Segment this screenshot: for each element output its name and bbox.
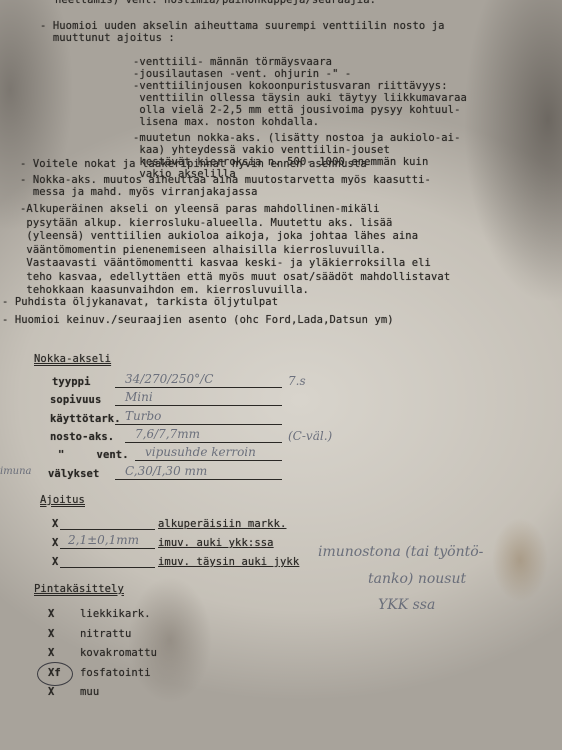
paragraph-line: Vastaavasti vääntömomentti kasvaa keski-… — [20, 257, 431, 270]
bullet-oil: - Puhdista öljykanavat, tarkista öljytul… — [2, 296, 278, 309]
circle-mark — [37, 662, 73, 686]
field-label: sopivuus — [50, 394, 101, 407]
note-line: YKK ssa — [378, 598, 435, 612]
paragraph-line: vääntömomentin pienenemiseen alhaisilla … — [20, 244, 386, 257]
field-underline — [115, 424, 282, 425]
field-value: C,30/I,30 mm — [125, 464, 207, 478]
field-value: 7,6/7,7mm — [135, 427, 200, 441]
field-value: Turbo — [125, 409, 161, 423]
paragraph-line: (yleensä) venttiilien aukioloa aikoja, j… — [20, 230, 418, 243]
timing-mark: X — [52, 537, 58, 550]
timing-label: imuv. auki ykk:ssa — [158, 537, 274, 550]
field-value: 34/270/250°/C — [125, 372, 213, 386]
field-underline — [115, 479, 282, 480]
surface-label: fosfatointi — [80, 667, 151, 680]
paragraph-line: pysytään alkup. kierrosluku-alueella. Mu… — [20, 217, 392, 230]
timing-value: 2,1±0,1mm — [68, 533, 139, 547]
valve-lift-intro-2: muuttunut ajoitus : — [40, 32, 175, 45]
margin-note: imuna — [0, 465, 32, 479]
surface-mark: X — [48, 608, 54, 621]
paragraph-line: teho kasvaa, edellyttäen että myös muut … — [20, 271, 450, 284]
field-label: " vent. — [58, 449, 129, 462]
surface-label: muu — [80, 686, 99, 699]
field-underline — [135, 460, 282, 461]
field-label: tyyppi — [52, 376, 91, 389]
note-line: tanko) nousut — [368, 572, 466, 586]
bullet-carb-2: messa ja mahd. myös virranjakajassa — [20, 186, 258, 199]
field-underline — [115, 387, 282, 388]
field-label: välykset — [48, 468, 99, 481]
surface-label: nitrattu — [80, 628, 131, 641]
field-value: vipusuhde kerroin — [145, 445, 256, 459]
timing-mark: X — [52, 518, 58, 531]
timing-label: imuv. täysin auki jykk — [158, 556, 299, 569]
field-value: Mini — [125, 390, 153, 404]
surface-mark: X — [48, 628, 54, 641]
field-extra: (C-väl.) — [288, 429, 332, 443]
timing-underline — [60, 567, 155, 568]
field-extra: 7.s — [288, 374, 306, 388]
timing-underline — [60, 529, 155, 530]
valve-lift-item: lisena max. noston kohdalla. — [133, 116, 319, 129]
field-underline — [115, 405, 282, 406]
bullet-lubricate: - Voitele nokat ja laakeripinnat hyvin e… — [20, 158, 367, 171]
field-underline — [125, 442, 282, 443]
paragraph-line: -Alkuperäinen akseli on yleensä paras ma… — [20, 203, 380, 216]
surface-mark: X — [48, 647, 54, 660]
camshaft-heading: Nokka-akseli — [34, 353, 111, 366]
bullet-rockers: - Huomioi keinuv./seuraajien asento (ohc… — [2, 314, 394, 327]
timing-heading: Ajoitus — [40, 494, 85, 507]
timing-underline — [60, 548, 155, 549]
top-cut-line: heettämis) vent. nostimia/painonkuppeja/… — [55, 0, 376, 7]
note-line: imunostona (tai työntö- — [318, 545, 483, 559]
timing-label: alkuperäisiin markk. — [158, 518, 286, 531]
surface-mark: X — [48, 686, 54, 699]
field-label: nosto-aks. — [50, 431, 114, 444]
surface-heading: Pintakäsittely — [34, 583, 124, 596]
surface-label: liekkikark. — [80, 608, 151, 621]
surface-label: kovakromattu — [80, 647, 157, 660]
field-label: käyttötark. — [50, 413, 121, 426]
timing-mark: X — [52, 556, 58, 569]
